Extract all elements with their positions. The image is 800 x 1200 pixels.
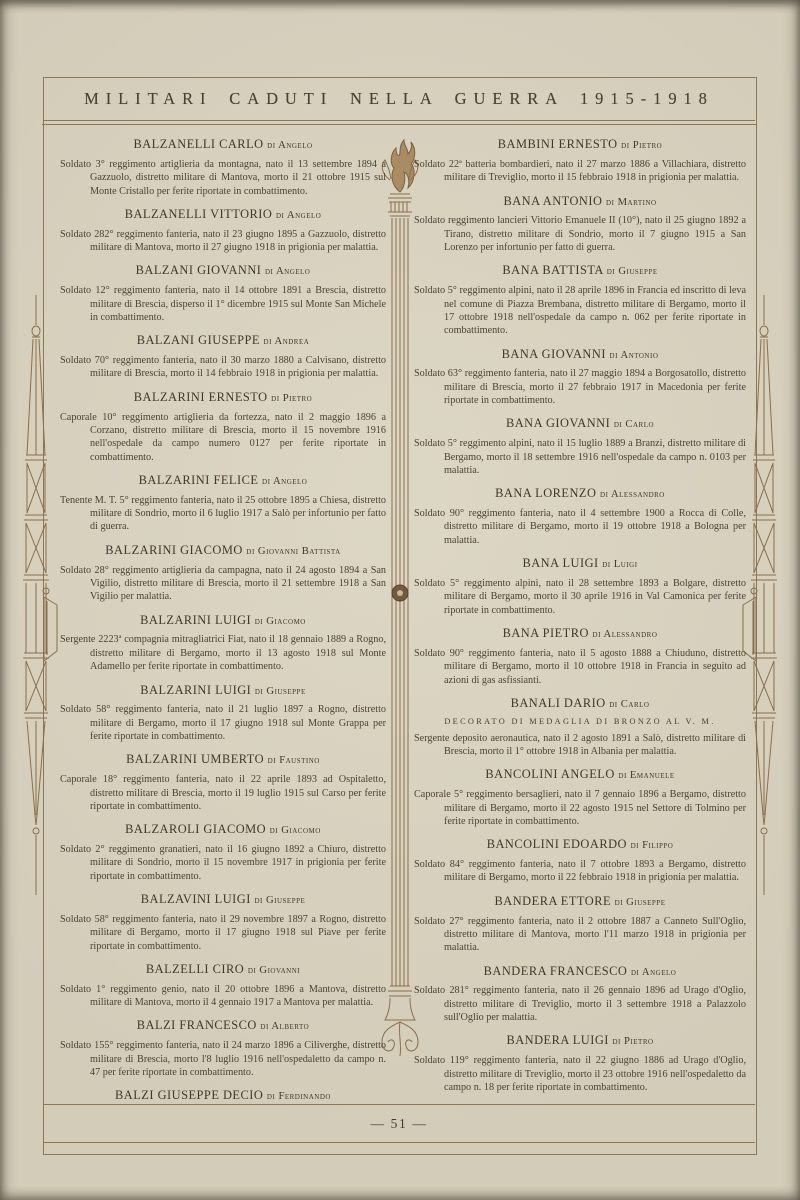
casualty-name-heading: BALZANI GIOVANNI di Angelo [60, 263, 386, 279]
casualty-entry: BALZARINI UMBERTO di Faustino Caporale 1… [60, 752, 386, 813]
casualty-name: BALZI FRANCESCO [137, 1018, 257, 1032]
casualty-column-right: BAMBINI ERNESTO di Pietro Soldato 22ª ba… [414, 135, 746, 1104]
casualty-patronymic: di Giacomo [255, 616, 306, 627]
casualty-patronymic: di Luigi [602, 559, 637, 570]
page-content: BALZANELLI CARLO di Angelo Soldato 3° re… [0, 135, 800, 1104]
casualty-name-heading: BANA GIOVANNI di Antonio [414, 347, 746, 363]
casualty-name-heading: BANA LORENZO di Alessandro [414, 486, 746, 502]
casualty-entry: BALZANELLI VITTORIO di Angelo Soldato 28… [60, 207, 386, 255]
casualty-name: BALZANELLI VITTORIO [125, 207, 273, 221]
casualty-patronymic: di Pietro [621, 140, 662, 151]
casualty-entry: BANA LORENZO di Alessandro Soldato 90° r… [414, 486, 746, 547]
casualty-name-heading: BANCOLINI EDOARDO di Filippo [414, 837, 746, 853]
casualty-name-heading: BALZAVINI LUIGI di Giuseppe [60, 892, 386, 908]
casualty-name: BANCOLINI EDOARDO [487, 837, 627, 851]
casualty-details: Caporale 10° reggimento artiglieria da f… [60, 411, 386, 464]
casualty-details: Soldato 70° reggimento fanteria, nato il… [60, 354, 386, 381]
casualty-entry: BALZARINI LUIGI di Giacomo Sergente 2223… [60, 613, 386, 674]
casualty-name-heading: BANA ANTONIO di Martino [414, 194, 746, 210]
casualty-entry: BALZI GIUSEPPE DECIO di Ferdinando Solda… [60, 1088, 386, 1104]
casualty-name: BALZANELLI CARLO [133, 137, 263, 151]
casualty-name-heading: BALZI GIUSEPPE DECIO di Ferdinando [60, 1088, 386, 1104]
casualty-details: Soldato 2° reggimento granatieri, nato i… [60, 843, 386, 883]
casualty-name-heading: BANA LUIGI di Luigi [414, 556, 746, 572]
casualty-patronymic: di Giovanni [248, 965, 300, 976]
casualty-entry: BANA GIOVANNI di Antonio Soldato 63° reg… [414, 347, 746, 408]
casualty-details: Sergente 2223ª compagnia mitragliatrici … [60, 633, 386, 673]
book-page: MILITARI CADUTI NELLA GUERRA 1915-1918 [0, 0, 800, 1200]
casualty-patronymic: di Martino [606, 197, 657, 208]
casualty-name-heading: BALZARINI LUIGI di Giacomo [60, 613, 386, 629]
casualty-entry: BANALI DARIO di Carlo DECORATO DI MEDAGL… [414, 696, 746, 759]
casualty-name: BANA LUIGI [522, 556, 598, 570]
casualty-name: BALZARINI GIACOMO [105, 543, 243, 557]
casualty-name-heading: BANDERA LUIGI di Pietro [414, 1033, 746, 1049]
casualty-patronymic: di Pietro [271, 393, 312, 404]
casualty-patronymic: di Angelo [265, 266, 310, 277]
casualty-name-heading: BALZARINI GIACOMO di Giovanni Battista [60, 543, 386, 559]
casualty-name: BALZARINI ERNESTO [134, 390, 268, 404]
casualty-entry: BANDERA LUIGI di Pietro Soldato 119° reg… [414, 1033, 746, 1094]
casualty-name: BANALI DARIO [511, 696, 606, 710]
casualty-details: Soldato 22ª batteria bombardieri, nato i… [414, 158, 746, 185]
page-footer: — 51 — [43, 1104, 755, 1143]
casualty-details: Tenente M. T. 5° reggimento fanteria, na… [60, 494, 386, 534]
casualty-name: BANDERA ETTORE [495, 894, 612, 908]
casualty-patronymic: di Alessandro [593, 629, 658, 640]
casualty-name: BALZARINI LUIGI [140, 613, 251, 627]
casualty-name: BALZARINI LUIGI [140, 683, 251, 697]
casualty-name-heading: BALZANELLI CARLO di Angelo [60, 137, 386, 153]
casualty-name: BALZELLI CIRO [146, 962, 244, 976]
casualty-name-heading: BAMBINI ERNESTO di Pietro [414, 137, 746, 153]
casualty-name-heading: BANCOLINI ANGELO di Emanuele [414, 767, 746, 783]
casualty-details: Soldato 90° reggimento fanteria, nato il… [414, 647, 746, 687]
casualty-name: BANA GIOVANNI [506, 416, 610, 430]
casualty-entry: BALZANELLI CARLO di Angelo Soldato 3° re… [60, 137, 386, 198]
casualty-entry: BANA ANTONIO di Martino Soldato reggimen… [414, 194, 746, 255]
casualty-details: Soldato 90° reggimento fanteria, nato il… [414, 507, 746, 547]
casualty-details: Soldato 281° reggimento fanteria, nato i… [414, 984, 746, 1024]
casualty-patronymic: di Giovanni Battista [246, 546, 340, 557]
casualty-patronymic: di Faustino [268, 755, 320, 766]
casualty-patronymic: di Alessandro [600, 489, 665, 500]
casualty-details: Soldato 1° reggimento genio, nato il 20 … [60, 983, 386, 1010]
casualty-details: Soldato 155° reggimento fanteria, nato i… [60, 1039, 386, 1079]
casualty-entry: BANA GIOVANNI di Carlo Soldato 5° reggim… [414, 416, 746, 477]
casualty-details: Soldato 63° reggimento fanteria, nato il… [414, 367, 746, 407]
casualty-name-heading: BALZAROLI GIACOMO di Giacomo [60, 822, 386, 838]
casualty-details: Soldato 27° reggimento fanteria, nato il… [414, 915, 746, 955]
page-title: MILITARI CADUTI NELLA GUERRA 1915-1918 [84, 89, 714, 109]
casualty-patronymic: di Emanuele [618, 770, 674, 781]
casualty-details: Soldato 282° reggimento fanteria, nato i… [60, 228, 386, 255]
casualty-name-heading: BALZARINI LUIGI di Giuseppe [60, 683, 386, 699]
casualty-patronymic: di Giuseppe [615, 897, 666, 908]
casualty-name: BANA PIETRO [503, 626, 589, 640]
casualty-name: BAMBINI ERNESTO [498, 137, 618, 151]
casualty-details: Soldato 3° reggimento artiglieria da mon… [60, 158, 386, 198]
casualty-entry: BALZELLI CIRO di Giovanni Soldato 1° reg… [60, 962, 386, 1010]
casualty-name: BANA LORENZO [495, 486, 596, 500]
casualty-entry: BALZANI GIOVANNI di Angelo Soldato 12° r… [60, 263, 386, 324]
casualty-details: Sergente deposito aeronautica, nato il 2… [414, 732, 746, 759]
casualty-name: BALZARINI UMBERTO [126, 752, 264, 766]
casualty-details: Soldato reggimento lancieri Vittorio Ema… [414, 214, 746, 254]
casualty-entry: BALZANI GIUSEPPE di Andrea Soldato 70° r… [60, 333, 386, 381]
casualty-entry: BALZARINI GIACOMO di Giovanni Battista S… [60, 543, 386, 604]
casualty-name: BANDERA LUIGI [506, 1033, 608, 1047]
casualty-name: BALZAVINI LUIGI [141, 892, 251, 906]
casualty-name-heading: BALZARINI UMBERTO di Faustino [60, 752, 386, 768]
casualty-name-heading: BALZARINI FELICE di Angelo [60, 473, 386, 489]
casualty-patronymic: di Giacomo [270, 825, 321, 836]
casualty-name: BANA BATTISTA [502, 263, 603, 277]
casualty-entry: BALZAROLI GIACOMO di Giacomo Soldato 2° … [60, 822, 386, 883]
casualty-details: Soldato 5° reggimento alpini, nato il 28… [414, 577, 746, 617]
casualty-patronymic: di Antonio [610, 350, 659, 361]
casualty-name: BANCOLINI ANGELO [485, 767, 614, 781]
casualty-patronymic: di Giuseppe [255, 686, 306, 697]
casualty-patronymic: di Giuseppe [254, 895, 305, 906]
casualty-name-heading: BALZELLI CIRO di Giovanni [60, 962, 386, 978]
casualty-name-heading: BALZARINI ERNESTO di Pietro [60, 390, 386, 406]
casualty-entry: BANDERA FRANCESCO di Angelo Soldato 281°… [414, 964, 746, 1025]
casualty-name-heading: BANA GIOVANNI di Carlo [414, 416, 746, 432]
casualty-entry: BALZAVINI LUIGI di Giuseppe Soldato 58° … [60, 892, 386, 953]
casualty-patronymic: di Ferdinando [267, 1091, 331, 1102]
casualty-name: BALZANI GIOVANNI [136, 263, 262, 277]
casualty-name-heading: BANDERA FRANCESCO di Angelo [414, 964, 746, 980]
casualty-entry: BANCOLINI EDOARDO di Filippo Soldato 84°… [414, 837, 746, 885]
casualty-name-heading: BALZANI GIUSEPPE di Andrea [60, 333, 386, 349]
casualty-entry: BANA PIETRO di Alessandro Soldato 90° re… [414, 626, 746, 687]
casualty-name: BALZAROLI GIACOMO [125, 822, 266, 836]
casualty-details: Soldato 28° reggimento artiglieria da ca… [60, 564, 386, 604]
casualty-patronymic: di Andrea [264, 336, 310, 347]
casualty-entry: BALZARINI FELICE di Angelo Tenente M. T.… [60, 473, 386, 534]
casualty-entry: BALZARINI LUIGI di Giuseppe Soldato 58° … [60, 683, 386, 744]
casualty-entry: BANDERA ETTORE di Giuseppe Soldato 27° r… [414, 894, 746, 955]
casualty-name: BALZARINI FELICE [139, 473, 259, 487]
casualty-entry: BALZI FRANCESCO di Alberto Soldato 155° … [60, 1018, 386, 1079]
casualty-name-heading: BANA BATTISTA di Giuseppe [414, 263, 746, 279]
casualty-patronymic: di Angelo [267, 140, 312, 151]
casualty-patronymic: di Pietro [613, 1036, 654, 1047]
casualty-name-heading: BALZI FRANCESCO di Alberto [60, 1018, 386, 1034]
casualty-details: Caporale 5° reggimento bersaglieri, nato… [414, 788, 746, 828]
casualty-name-heading: BANA PIETRO di Alessandro [414, 626, 746, 642]
casualty-details: Soldato 5° reggimento alpini, nato il 15… [414, 437, 746, 477]
casualty-entry: BALZARINI ERNESTO di Pietro Caporale 10°… [60, 390, 386, 464]
casualty-name: BANDERA FRANCESCO [484, 964, 628, 978]
casualty-decoration: DECORATO DI MEDAGLIA DI BRONZO AL V. M. [414, 717, 746, 726]
casualty-name: BALZI GIUSEPPE DECIO [115, 1088, 263, 1102]
casualty-patronymic: di Giuseppe [607, 266, 658, 277]
casualty-details: Soldato 12° reggimento fanteria, nato il… [60, 284, 386, 324]
casualty-name: BANA GIOVANNI [502, 347, 606, 361]
casualty-details: Soldato 84° reggimento fanteria, nato il… [414, 858, 746, 885]
casualty-name: BALZANI GIUSEPPE [137, 333, 260, 347]
casualty-patronymic: di Angelo [276, 210, 321, 221]
casualty-details: Caporale 18° reggimento fanteria, nato i… [60, 773, 386, 813]
casualty-entry: BANA BATTISTA di Giuseppe Soldato 5° reg… [414, 263, 746, 337]
casualty-name-heading: BANDERA ETTORE di Giuseppe [414, 894, 746, 910]
casualty-entry: BANA LUIGI di Luigi Soldato 5° reggiment… [414, 556, 746, 617]
casualty-patronymic: di Angelo [631, 967, 676, 978]
casualty-name-heading: BALZANELLI VITTORIO di Angelo [60, 207, 386, 223]
casualty-name-heading: BANALI DARIO di Carlo [414, 696, 746, 712]
casualty-details: Soldato 58° reggimento fanteria, nato il… [60, 913, 386, 953]
casualty-details: Soldato 5° reggimento alpini, nato il 28… [414, 284, 746, 337]
casualty-patronymic: di Carlo [614, 419, 654, 430]
casualty-details: Soldato 58° reggimento fanteria, nato il… [60, 703, 386, 743]
casualty-entry: BAMBINI ERNESTO di Pietro Soldato 22ª ba… [414, 137, 746, 185]
casualty-entry: BANCOLINI ANGELO di Emanuele Caporale 5°… [414, 767, 746, 828]
casualty-details: Soldato 119° reggimento fanteria, nato i… [414, 1054, 746, 1094]
casualty-patronymic: di Filippo [631, 840, 674, 851]
casualty-patronymic: di Alberto [260, 1021, 309, 1032]
page-number: — 51 — [371, 1116, 428, 1132]
casualty-name: BANA ANTONIO [503, 194, 602, 208]
casualty-patronymic: di Carlo [609, 699, 649, 710]
casualty-patronymic: di Angelo [262, 476, 307, 487]
page-header: MILITARI CADUTI NELLA GUERRA 1915-1918 [43, 77, 755, 121]
casualty-column-left: BALZANELLI CARLO di Angelo Soldato 3° re… [60, 135, 386, 1104]
